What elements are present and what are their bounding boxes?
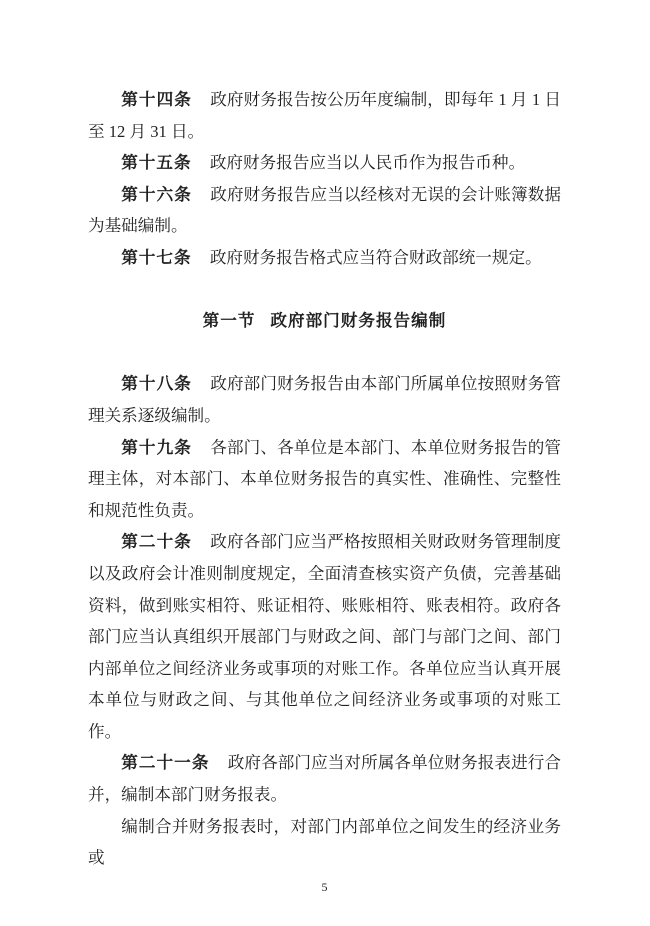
article-20-text: 政府各部门应当严格按照相关财政财务管理制度以及政府会计准则制度规定，全面清查核实…: [88, 532, 561, 741]
document-body: 第十四条政府财务报告按公历年度编制，即每年 1 月 1 日至 12 月 31 日…: [88, 84, 561, 900]
article-15-text: 政府财务报告应当以人民币作为报告币种。: [210, 153, 525, 172]
article-17-number: 第十七条: [121, 248, 191, 267]
article-15-number: 第十五条: [121, 153, 191, 172]
continuation-paragraph: 编制合并财务报表时，对部门内部单位之间发生的经济业务或: [88, 811, 561, 874]
article-20-number: 第二十条: [121, 532, 192, 551]
document-page: 第十四条政府财务报告按公历年度编制，即每年 1 月 1 日至 12 月 31 日…: [0, 0, 650, 926]
article-17: 第十七条政府财务报告格式应当符合财政部统一规定。: [88, 242, 561, 274]
article-16: 第十六条政府财务报告应当以经核对无误的会计账簿数据为基础编制。: [88, 179, 561, 242]
article-15: 第十五条政府财务报告应当以人民币作为报告币种。: [88, 147, 561, 179]
article-21: 第二十一条政府各部门应当对所属各单位财务报表进行合并，编制本部门财务报表。: [88, 747, 561, 810]
article-14-number: 第十四条: [121, 90, 192, 109]
article-18: 第十八条政府部门财务报告由本部门所属单位按照财务管理关系逐级编制。: [88, 368, 561, 431]
article-19-number: 第十九条: [121, 438, 192, 457]
article-20: 第二十条政府各部门应当严格按照相关财政财务管理制度以及政府会计准则制度规定，全面…: [88, 526, 561, 747]
article-14: 第十四条政府财务报告按公历年度编制，即每年 1 月 1 日至 12 月 31 日…: [88, 84, 561, 147]
section-heading: 第一节政府部门财务报告编制: [88, 305, 561, 337]
article-18-number: 第十八条: [121, 374, 192, 393]
article-17-text: 政府财务报告格式应当符合财政部统一规定。: [210, 248, 542, 267]
section-heading-label: 第一节: [203, 311, 256, 330]
article-21-number: 第二十一条: [121, 753, 209, 772]
article-19: 第十九条各部门、各单位是本部门、本单位财务报告的管理主体，对本部门、本单位财务报…: [88, 432, 561, 527]
page-number: 5: [88, 874, 561, 900]
section-heading-title: 政府部门财务报告编制: [270, 311, 446, 330]
article-16-number: 第十六条: [121, 185, 192, 204]
